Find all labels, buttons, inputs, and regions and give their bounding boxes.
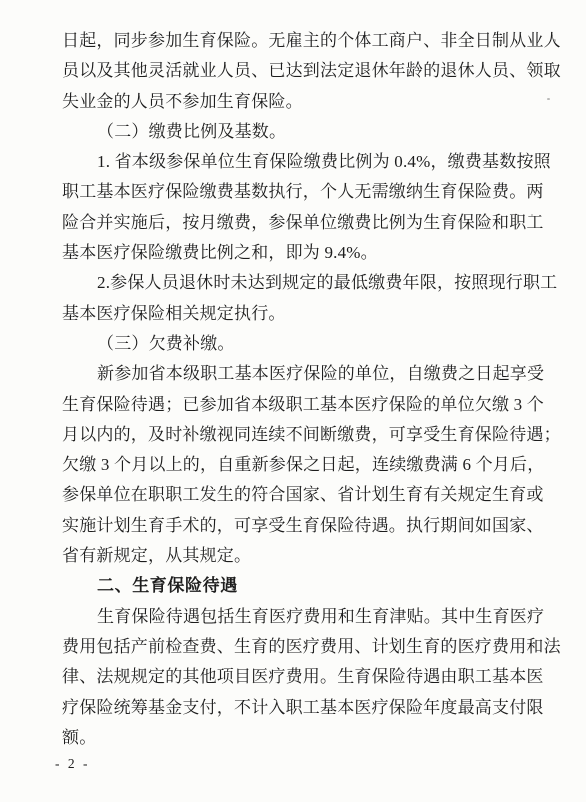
- text-line: 实施计划生育手术的，可享受生育保险待遇。执行期间如国家、: [62, 511, 546, 541]
- text-line: 月以内的，及时补缴视同连续不间断缴费，可享受生育保险待遇；: [62, 420, 546, 450]
- text-line: （三）欠费补缴。: [62, 329, 546, 359]
- text-line: 疗保险统筹基金支付，不计入职工基本医疗保险年度最高支付限: [62, 693, 546, 723]
- text-line: 新参加省本级职工基本医疗保险的单位，自缴费之日起享受: [62, 359, 546, 389]
- text-line: 生育保险待遇包括生育医疗费用和生育津贴。其中生育医疗: [62, 602, 546, 632]
- document-page: 日起，同步参加生育保险。无雇主的个体工商户、非全日制从业人员以及其他灵活就业人员…: [0, 0, 586, 802]
- scan-speck: [547, 98, 550, 100]
- text-line: 欠缴 3 个月以上的，自重新参保之日起，连续缴费满 6 个月后，: [62, 450, 546, 480]
- text-line: 基本医疗保险缴费比例之和，即为 9.4%。: [62, 238, 546, 268]
- text-line: 费用包括产前检查费、生育的医疗费用、计划生育的医疗费用和法: [62, 632, 546, 662]
- text-line: 2.参保人员退休时未达到规定的最低缴费年限，按照现行职工: [62, 268, 546, 298]
- text-line: 基本医疗保险相关规定执行。: [62, 299, 546, 329]
- page-number: - 2 -: [55, 756, 90, 772]
- text-line: 额。: [62, 723, 546, 753]
- scan-speck: [553, 39, 556, 42]
- section-heading: 二、生育保险待遇: [62, 571, 546, 601]
- text-line: 省有新规定，从其规定。: [62, 541, 546, 571]
- text-line: 失业金的人员不参加生育保险。: [62, 87, 546, 117]
- text-line: 参保单位在职职工发生的符合国家、省计划生育有关规定生育或: [62, 480, 546, 510]
- document-body: 日起，同步参加生育保险。无雇主的个体工商户、非全日制从业人员以及其他灵活就业人员…: [62, 26, 546, 753]
- text-line: 律、法规规定的其他项目医疗费用。生育保险待遇由职工基本医: [62, 662, 546, 692]
- text-line: 1. 省本级参保单位生育保险缴费比例为 0.4%，缴费基数按照: [62, 147, 546, 177]
- text-line: 员以及其他灵活就业人员、已达到法定退休年龄的退休人员、领取: [62, 56, 546, 86]
- text-line: 生育保险待遇；已参加省本级职工基本医疗保险的单位欠缴 3 个: [62, 390, 546, 420]
- text-line: 职工基本医疗保险缴费基数执行，个人无需缴纳生育保险费。两: [62, 177, 546, 207]
- text-line: （二）缴费比例及基数。: [62, 117, 546, 147]
- text-line: 日起，同步参加生育保险。无雇主的个体工商户、非全日制从业人: [62, 26, 546, 56]
- text-line: 险合并实施后，按月缴费，参保单位缴费比例为生育保险和职工: [62, 208, 546, 238]
- scan-speck: [531, 214, 533, 216]
